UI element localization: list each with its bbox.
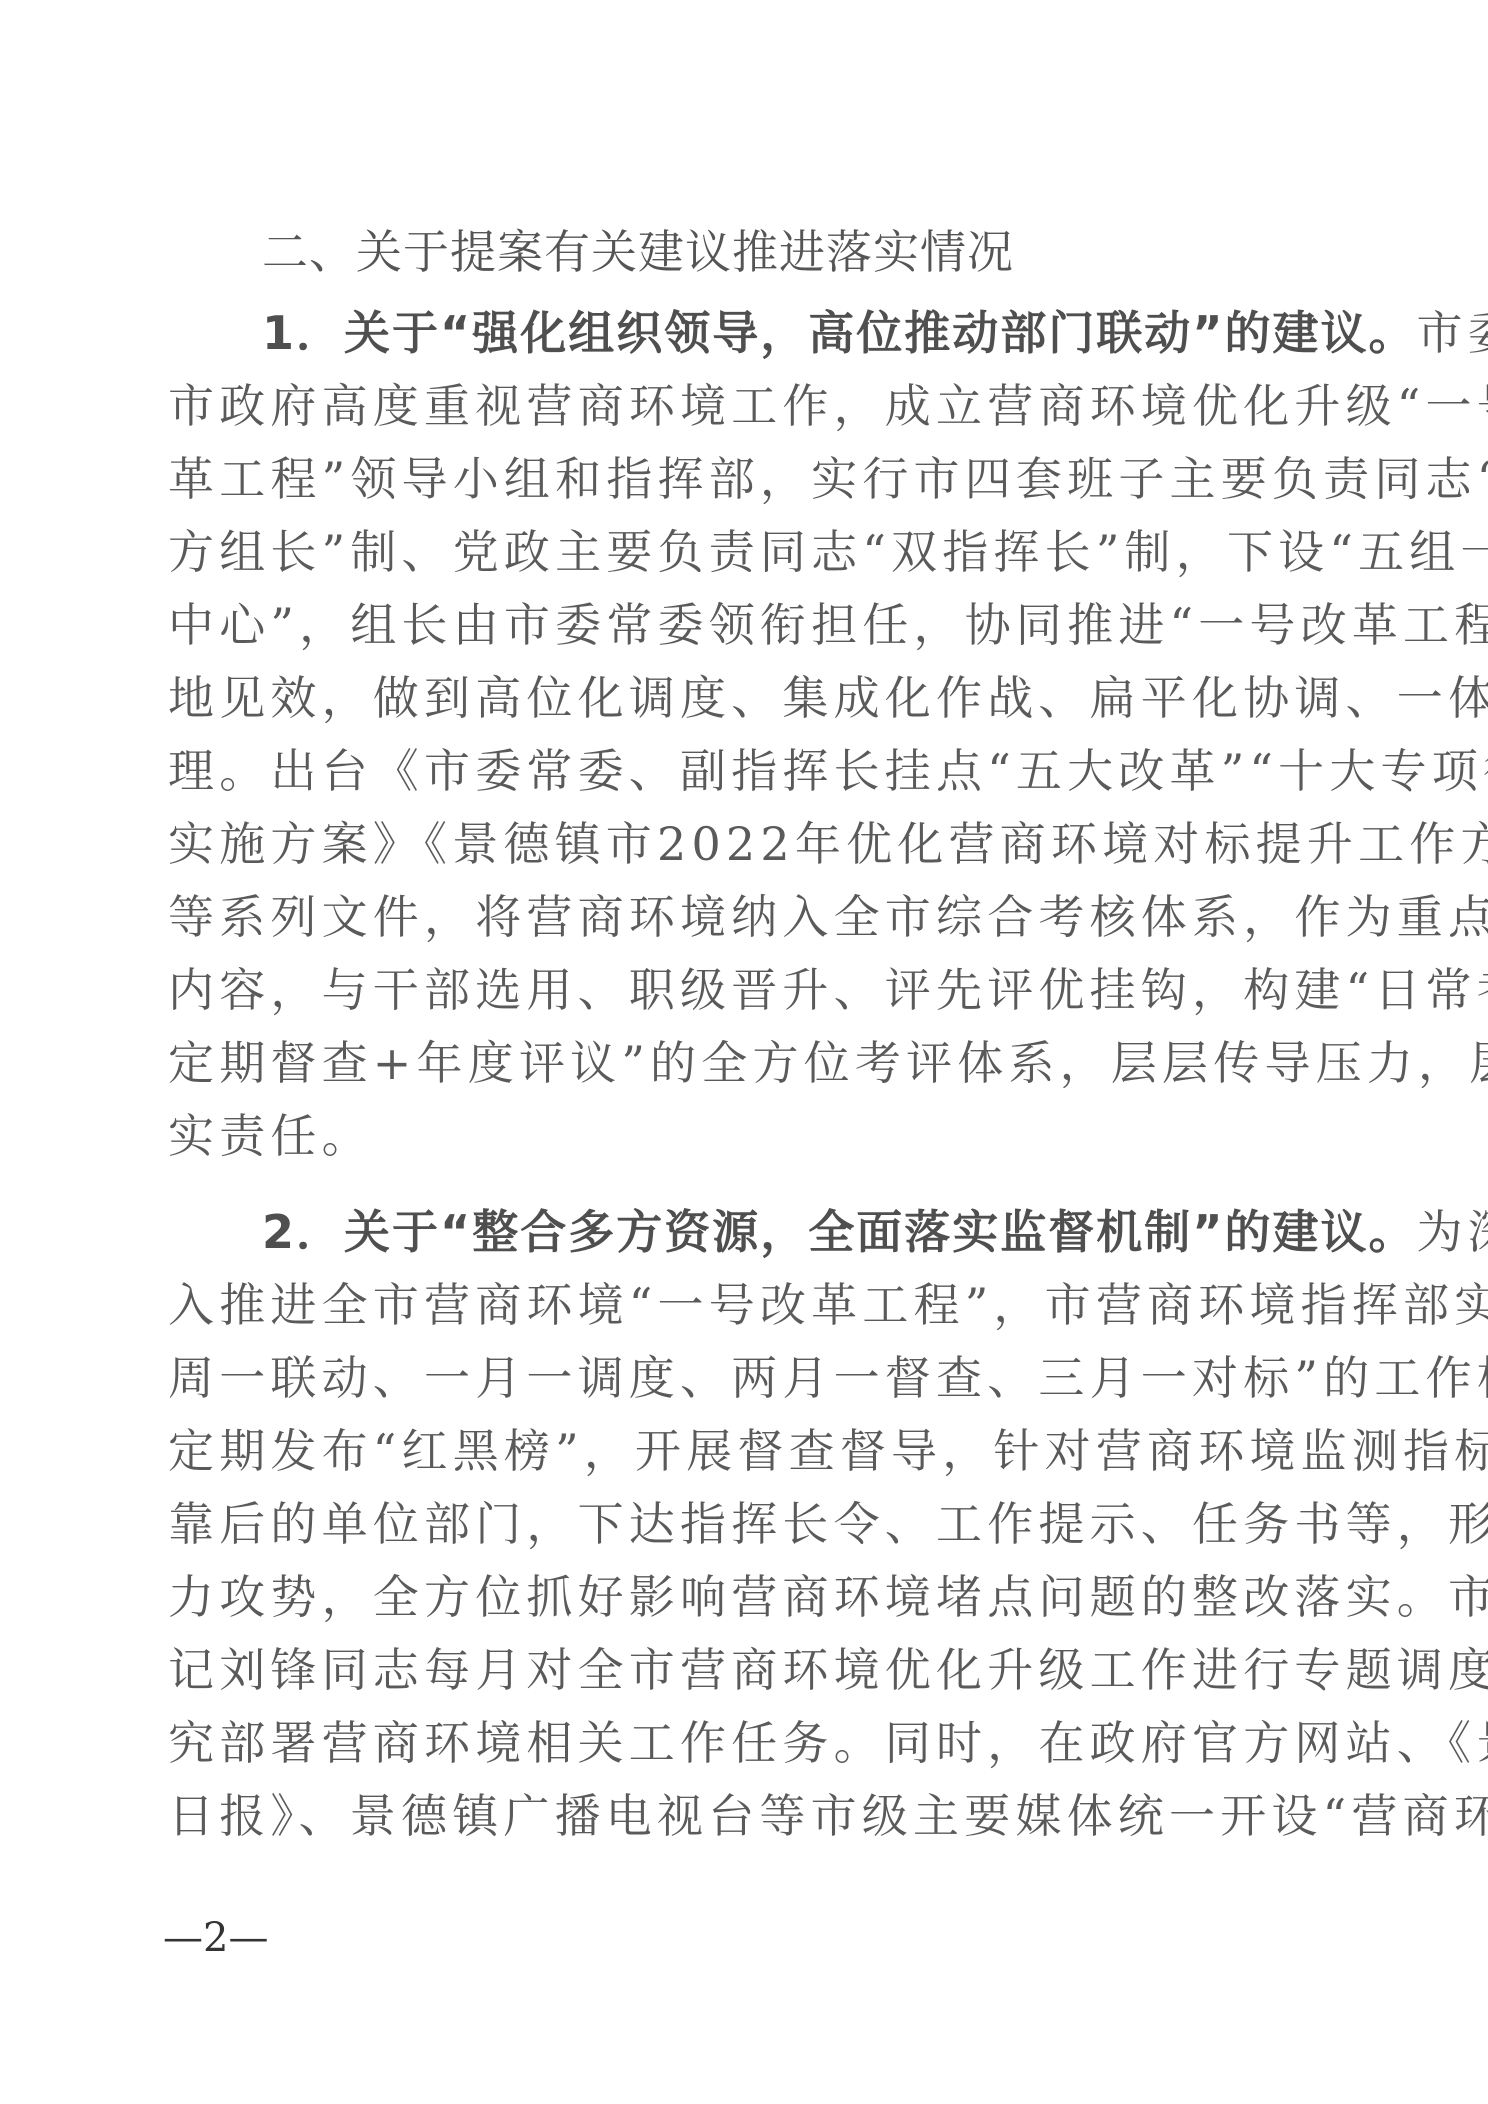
paragraph-1-line: 理。出台《市委常委、副指挥长挂点“五大改革”“十大专项行动” <box>168 735 1302 808</box>
paragraph-1-line: 方组长”制、党政主要负责同志“双指挥长”制，下设“五组一 <box>168 516 1302 589</box>
paragraph-2-line: 日报》、景德镇广播电视台等市级主要媒体统一开设“营商环境” <box>168 1780 1302 1853</box>
paragraph-1-text: 市委、 <box>1416 306 1488 360</box>
page-number: —2— <box>163 1918 268 1958</box>
paragraph-1-first-line: 1．关于“强化组织领导，高位推动部门联动”的建议。市委、 <box>262 297 1302 370</box>
paragraph-2-line: 周一联动、一月一调度、两月一督查、三月一对标”的工作机制， <box>168 1342 1302 1415</box>
paragraph-2-line: 究部署营商环境相关工作任务。同时，在政府官方网站、《景德镇 <box>168 1707 1302 1780</box>
paragraph-1-line: 定期督查+年度评议”的全方位考评体系，层层传导压力，层层压 <box>168 1027 1302 1100</box>
paragraph-2-first-line: 2．关于“整合多方资源，全面落实监督机制”的建议。为深 <box>262 1196 1302 1269</box>
paragraph-1-lead: 关于“强化组织领导，高位推动部门联动”的建议。 <box>344 306 1416 360</box>
paragraph-1-line: 中心”，组长由市委常委领衔担任，协同推进“一号改革工程”落 <box>168 589 1302 662</box>
paragraph-2-lead: 关于“整合多方资源，全面落实监督机制”的建议。 <box>344 1205 1416 1259</box>
paragraph-2-line: 记刘锋同志每月对全市营商环境优化升级工作进行专题调度，研 <box>168 1634 1302 1707</box>
section-heading: 二、关于提案有关建议推进落实情况 <box>262 216 1014 289</box>
paragraph-2-number: 2． <box>262 1205 344 1259</box>
paragraph-1-line: 革工程”领导小组和指挥部，实行市四套班子主要负责同志“四 <box>168 443 1302 516</box>
paragraph-1-line: 内容，与干部选用、职级晋升、评先评优挂钩，构建“日常考核+ <box>168 954 1302 1027</box>
paragraph-1-line: 地见效，做到高位化调度、集成化作战、扁平化协调、一体化办 <box>168 662 1302 735</box>
paragraph-1-line: 实施方案》《景德镇市2022年优化营商环境对标提升工作方案》 <box>168 808 1302 881</box>
paragraph-1-line: 等系列文件，将营商环境纳入全市综合考核体系，作为重点督查 <box>168 881 1302 954</box>
paragraph-2-line: 入推进全市营商环境“一号改革工程”，市营商环境指挥部实行“每 <box>168 1269 1302 1342</box>
paragraph-1-number: 1． <box>262 306 344 360</box>
paragraph-2-text: 为深 <box>1416 1205 1488 1259</box>
paragraph-2-line: 定期发布“红黑榜”，开展督查督导，针对营商环境监测指标排名 <box>168 1415 1302 1488</box>
paragraph-2-line: 靠后的单位部门，下达指挥长令、工作提示、任务书等，形成强 <box>168 1488 1302 1561</box>
document-page: 二、关于提案有关建议推进落实情况 1．关于“强化组织领导，高位推动部门联动”的建… <box>0 0 1488 2104</box>
paragraph-1-line: 实责任。 <box>168 1100 1302 1173</box>
paragraph-1-line: 市政府高度重视营商环境工作，成立营商环境优化升级“一号改 <box>168 370 1302 443</box>
paragraph-2-line: 力攻势，全方位抓好影响营商环境堵点问题的整改落实。市委书 <box>168 1561 1302 1634</box>
